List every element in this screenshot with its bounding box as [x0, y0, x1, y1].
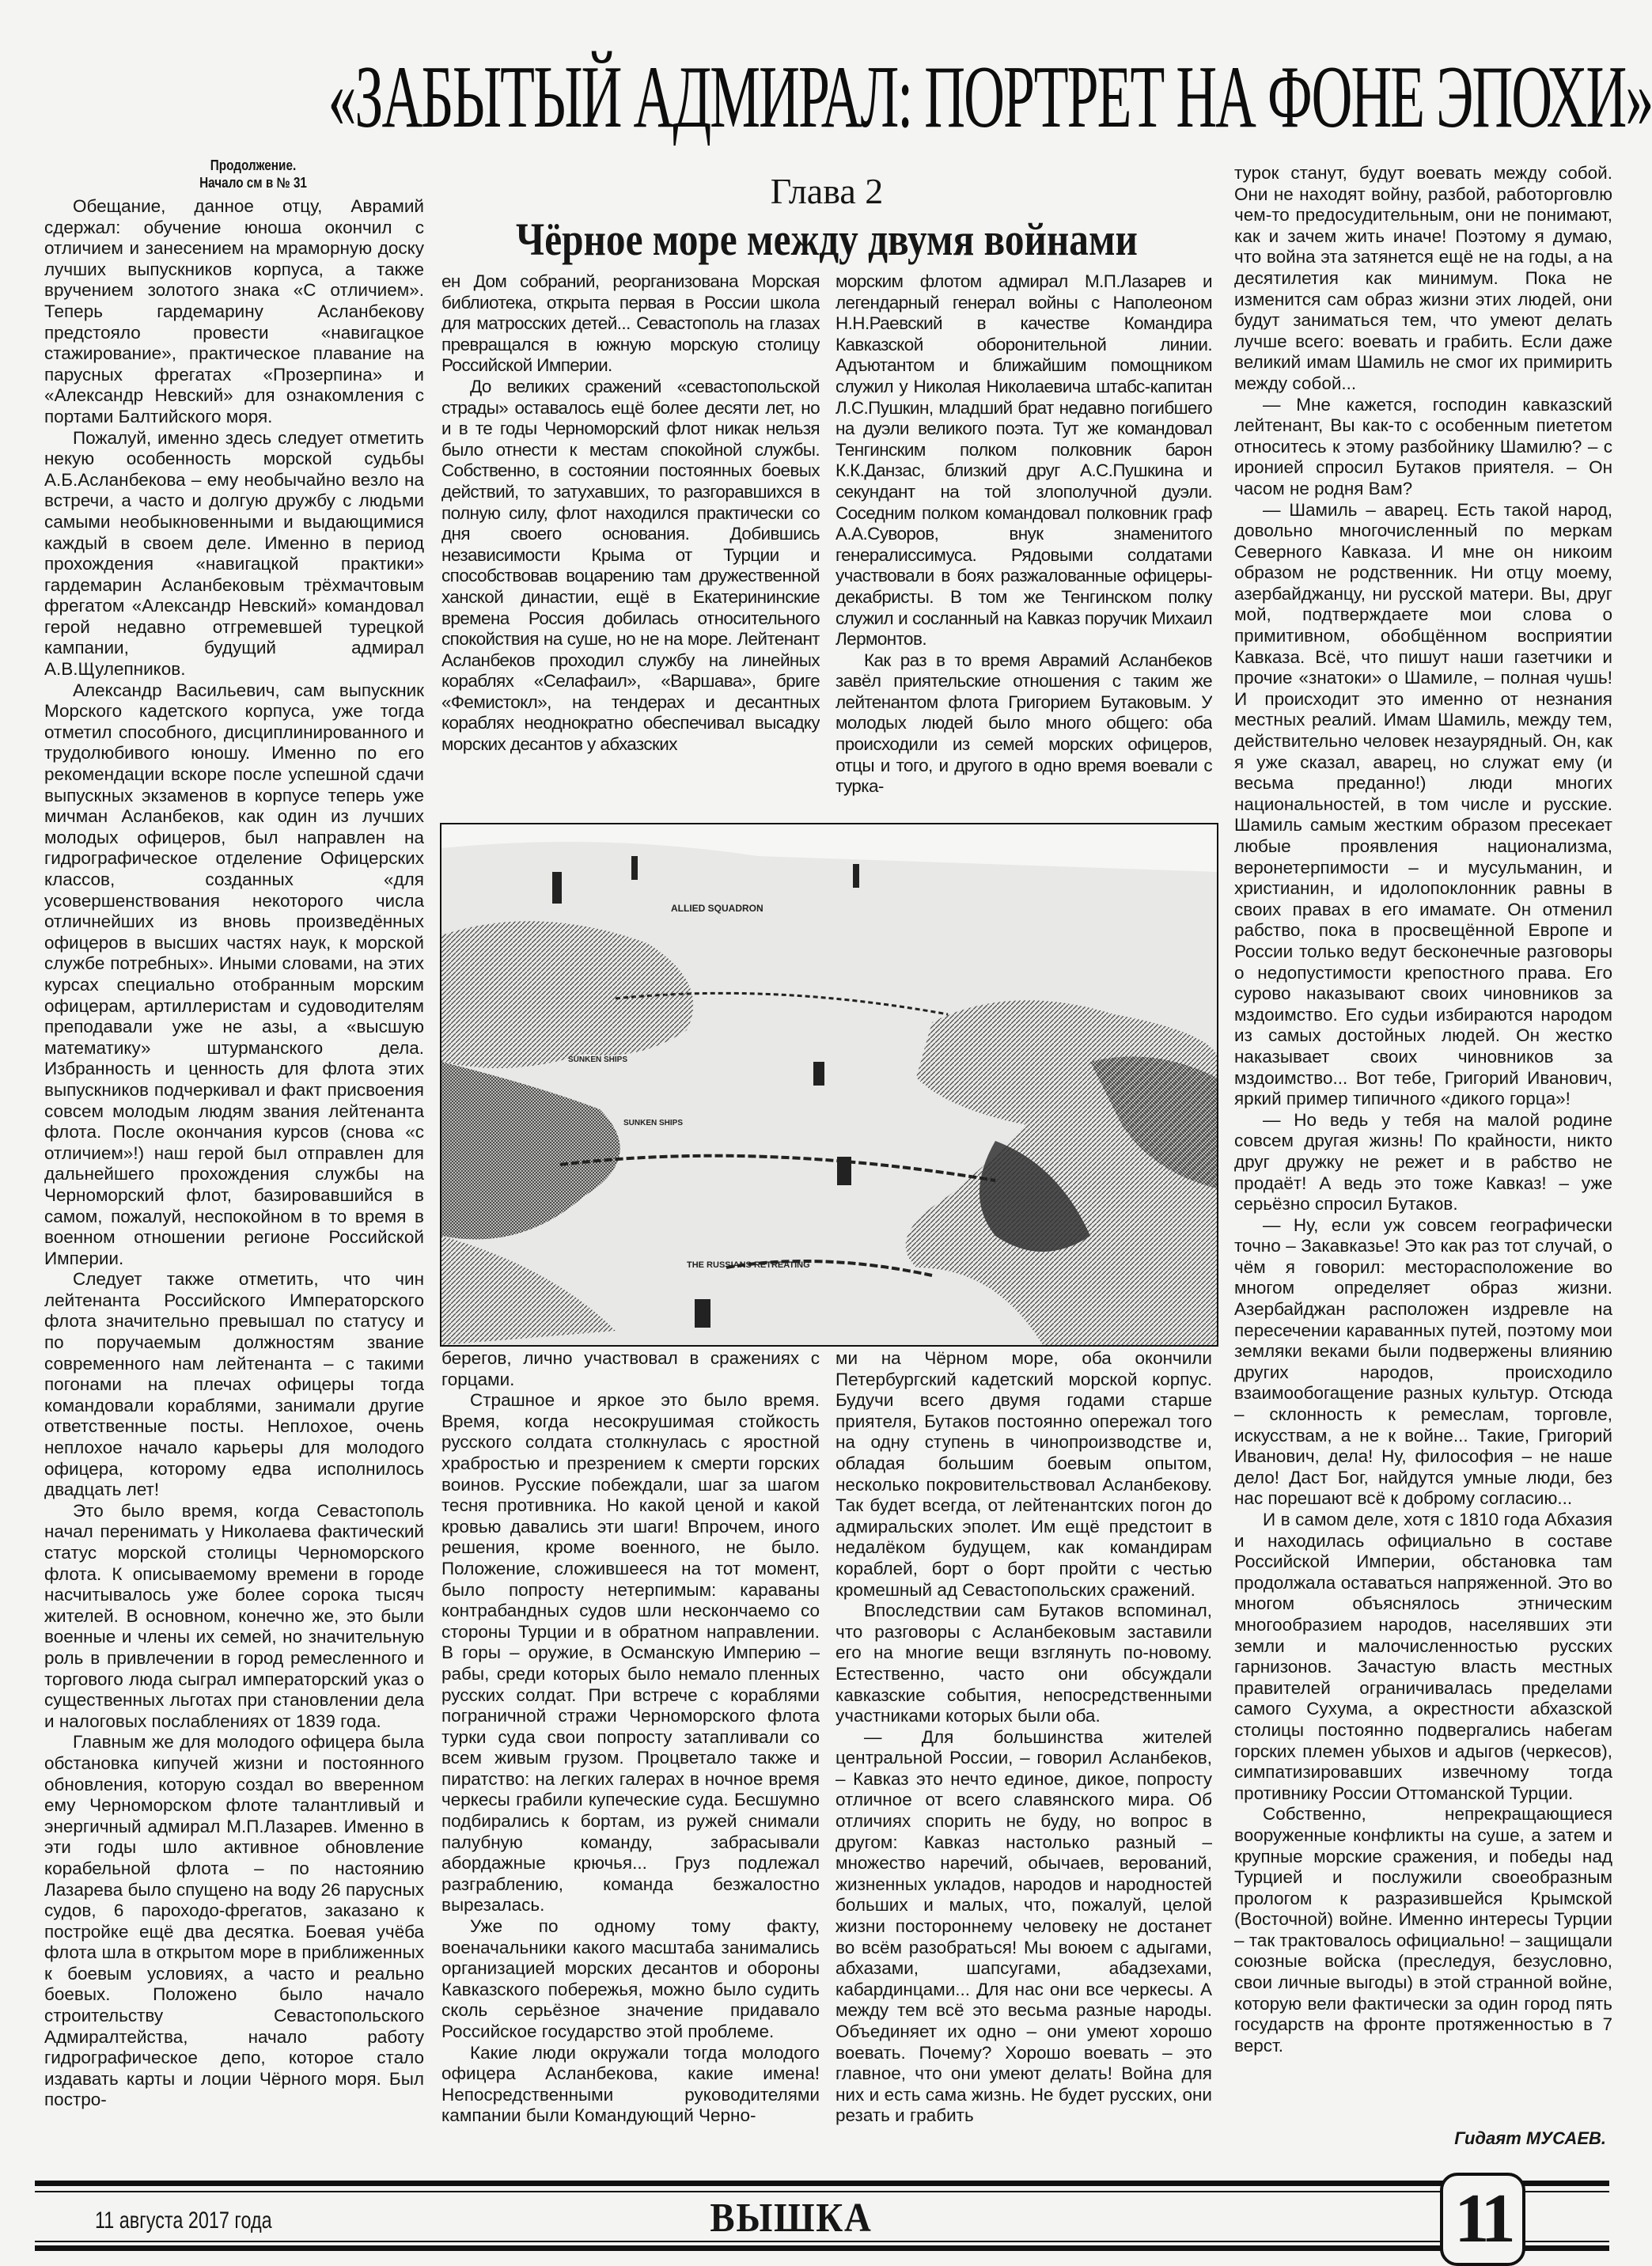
paragraph: Уже по одному тому факту, военачальники … — [441, 1916, 820, 2043]
paragraph: До великих сражений «севастопольской стр… — [441, 377, 820, 756]
text-column-1: Обещание, данное отцу, Аврамий сдержал: … — [44, 196, 424, 2158]
article-title: «ЗАБЫТЫЙ АДМИРАЛ: ПОРТРЕТ НА ФОНЕ ЭПОХИ» — [328, 46, 1326, 149]
text-column-4: турок станут, будут воевать между собой.… — [1234, 163, 1612, 2117]
paragraph: Пожалуй, именно здесь следует отметить н… — [44, 428, 424, 680]
paragraph: Главным же для молодого офицера была обс… — [44, 1732, 424, 2111]
paragraph: Следует также отметить, что чин лейтенан… — [44, 1269, 424, 1501]
continuation-line: Продолжение. — [153, 157, 354, 174]
illustration-label: SUNKEN SHIPS — [568, 1055, 627, 1064]
author-signature: Гидаят МУСАЕВ. — [1392, 2128, 1606, 2149]
paragraph: берегов, лично участвовал в сражениях с … — [441, 1348, 820, 1390]
continuation-note: Продолжение. Начало см в № 31 — [153, 157, 354, 191]
paragraph: Страшное и яркое это было время. Время, … — [441, 1390, 820, 1916]
illustration-label: ALLIED SQUADRON — [671, 903, 763, 914]
paragraph: ми на Чёрном море, оба окончили Петербур… — [835, 1348, 1212, 1601]
paragraph: Впоследствии сам Бутаков вспоминал, что … — [835, 1601, 1212, 1727]
paragraph: Обещание, данное отцу, Аврамий сдержал: … — [44, 196, 424, 428]
text-column-3-bottom: ми на Чёрном море, оба окончили Петербур… — [835, 1348, 1212, 2155]
continuation-issue: Начало см в № 31 — [153, 174, 354, 191]
illustration-drawing: ALLIED SQUADRON SUNKEN SHIPS SUNKEN SHIP… — [441, 824, 1217, 1345]
paragraph: Собственно, непрекращающиеся вооруженные… — [1234, 1804, 1612, 2056]
paragraph: турок станут, будут воевать между собой.… — [1234, 163, 1612, 395]
footer-rule-bottom-thick — [35, 2245, 1609, 2251]
footer-rule-top-thick — [35, 2181, 1609, 2186]
chapter-title: Чёрное море между двумя войнами — [501, 210, 1154, 269]
paragraph: морским флотом адмирал М.П.Лазарев и лег… — [835, 271, 1212, 650]
paragraph: — Для большинства жителей центральной Ро… — [835, 1727, 1212, 2127]
paragraph: ен Дом собраний, реорганизована Морская … — [441, 271, 820, 377]
footer-rule-top-thin — [35, 2191, 1609, 2192]
chapter-label: Глава 2 — [443, 169, 1211, 214]
paragraph: Как раз в то время Аврамий Асланбеков за… — [835, 650, 1212, 798]
sevastopol-engraving-illustration: ALLIED SQUADRON SUNKEN SHIPS SUNKEN SHIP… — [440, 823, 1218, 1347]
paragraph: — Но ведь у тебя на малой родине совсем … — [1234, 1110, 1612, 1215]
illustration-label: THE RUSSIANS RETREATING — [687, 1260, 810, 1270]
text-column-3-top: морским флотом адмирал М.П.Лазарев и лег… — [835, 271, 1212, 817]
issue-date: 11 августа 2017 года — [95, 2207, 272, 2234]
text-column-2-bottom: берегов, лично участвовал в сражениях с … — [441, 1348, 820, 2155]
paragraph: Это было время, когда Севастополь начал … — [44, 1501, 424, 1733]
paragraph: — Мне кажется, господин кавказский лейте… — [1234, 395, 1612, 500]
paragraph: — Шамиль – аварец. Есть такой народ, дов… — [1234, 500, 1612, 1110]
illustration-label: SUNKEN SHIPS — [623, 1119, 683, 1127]
paragraph: Какие люди окружали тогда молодого офице… — [441, 2043, 820, 2127]
paragraph: Александр Васильевич, сам выпускник Морс… — [44, 680, 424, 1270]
paragraph: И в самом деле, хотя с 1810 года Абхазия… — [1234, 1510, 1612, 1804]
text-column-2-top: ен Дом собраний, реорганизована Морская … — [441, 271, 820, 817]
paragraph: — Ну, если уж совсем географически точно… — [1234, 1215, 1612, 1510]
newspaper-name: ВЫШКА — [663, 2195, 919, 2241]
page-number: 11 — [1440, 2173, 1525, 2266]
